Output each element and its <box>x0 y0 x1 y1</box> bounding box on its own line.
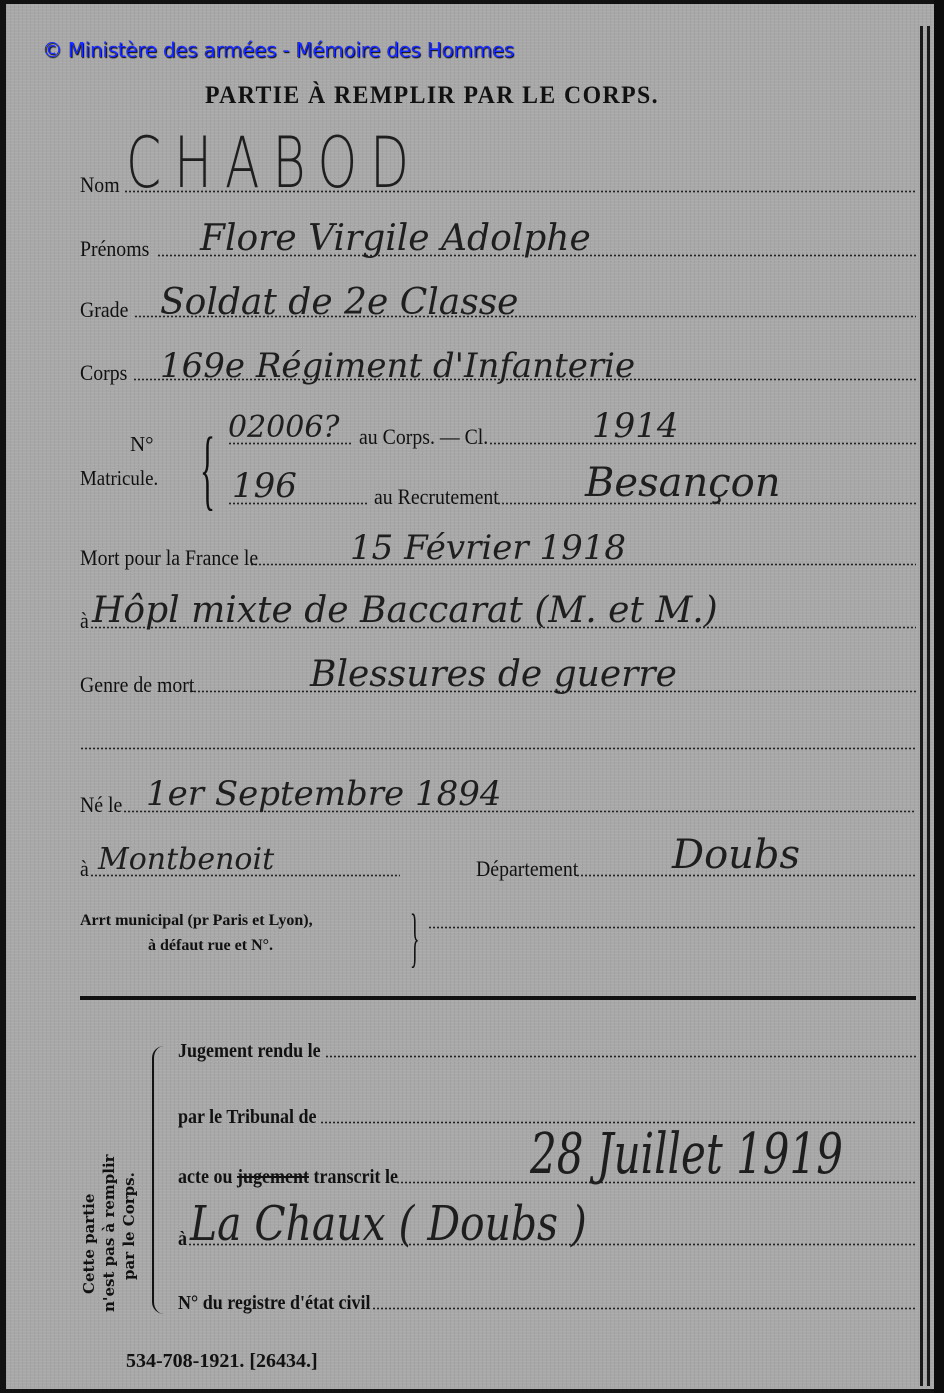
dotted-line <box>372 1307 916 1310</box>
side-note: Cette partie n'est pas à remplir par le … <box>78 1098 158 1308</box>
brace: { <box>200 418 215 521</box>
label-struck: jugement <box>237 1166 309 1188</box>
section-divider <box>80 996 916 1000</box>
field-label: à <box>80 856 89 882</box>
field-label: par le Tribunal de <box>178 1106 317 1129</box>
field-label: Mort pour la France le <box>80 545 258 571</box>
field-registre: N° du registre d'état civil <box>178 1292 916 1315</box>
arrondissement-line <box>428 924 916 934</box>
au-corps-value: 02006? <box>228 410 340 445</box>
mort-date-value: 15 Février 1918 <box>350 528 626 568</box>
scan-edge <box>934 0 944 1393</box>
field-label: Prénoms <box>80 236 149 262</box>
prenoms-value: Flore Virgile Adolphe <box>200 218 591 259</box>
brace <box>152 1046 164 1314</box>
arrondissement-label-2: à défaut rue et N°. <box>148 937 273 955</box>
print-reference: 534-708-1921. [26434.] <box>126 1350 318 1373</box>
field-label: Nom <box>80 172 120 198</box>
field-label: au Recrutement <box>374 484 499 510</box>
classe-value: 1914 <box>592 406 679 446</box>
field-label: acte ou jugement transcrit le <box>178 1166 398 1189</box>
side-note-line-2: n'est pas à remplir <box>100 1154 118 1312</box>
grade-value: Soldat de 2e Classe <box>160 282 519 323</box>
arrondissement-label-1: Arrt municipal (pr Paris et Lyon), <box>80 912 313 930</box>
field-label: Genre de mort <box>80 672 194 698</box>
transcrit-lieu-value: La Chaux ( Doubs ) <box>190 1196 587 1252</box>
field-recrutement: au Recrutement <box>228 484 916 510</box>
matricule-label-no: N° <box>130 432 154 457</box>
dotted-line <box>428 926 916 929</box>
brace: } <box>410 900 420 976</box>
dotted-line <box>489 442 916 445</box>
genre-mort-value: Blessures de guerre <box>310 654 677 695</box>
side-note-line-3: par le Corps. <box>120 1172 138 1280</box>
field-label: Né le <box>80 792 122 818</box>
transcrit-value: 28 Juillet 1919 <box>530 1122 843 1187</box>
recrutement-value: 196 <box>232 466 297 506</box>
label-part: transcrit le <box>309 1166 398 1188</box>
field-jugement-rendu: Jugement rendu le <box>178 1040 916 1063</box>
field-label: Jugement rendu le <box>178 1040 321 1063</box>
ne-le-value: 1er Septembre 1894 <box>146 774 502 814</box>
field-label: au Corps. — Cl. <box>359 424 488 450</box>
field-label: à <box>80 608 89 634</box>
field-label: à <box>178 1228 187 1251</box>
field-label: Corps <box>80 360 127 386</box>
field-label: Grade <box>80 297 128 323</box>
nom-value: CHABOD <box>126 122 422 204</box>
dotted-line <box>325 1055 916 1058</box>
recrutement-place: Besançon <box>585 460 780 506</box>
blank-line <box>80 745 916 755</box>
label-part: acte ou <box>178 1166 237 1188</box>
corps-value: 169e Régiment d'Infanterie <box>160 346 635 386</box>
right-border-line <box>920 26 923 1386</box>
departement-value: Doubs <box>672 832 800 878</box>
right-border-line <box>927 26 930 1386</box>
matricule-label: Matricule. <box>80 466 158 491</box>
ne-a-value: Montbenoit <box>98 842 274 877</box>
field-label: N° du registre d'état civil <box>178 1292 371 1315</box>
side-note-line-1: Cette partie <box>80 1194 98 1294</box>
dotted-line <box>80 747 916 750</box>
form-title: PARTIE À REMPLIR PAR LE CORPS. <box>205 82 659 110</box>
mort-lieu-value: Hôpl mixte de Baccarat (M. et M.) <box>92 590 718 631</box>
field-label: Département <box>476 856 578 882</box>
copyright-watermark: © Ministère des armées - Mémoire des Hom… <box>42 38 514 62</box>
